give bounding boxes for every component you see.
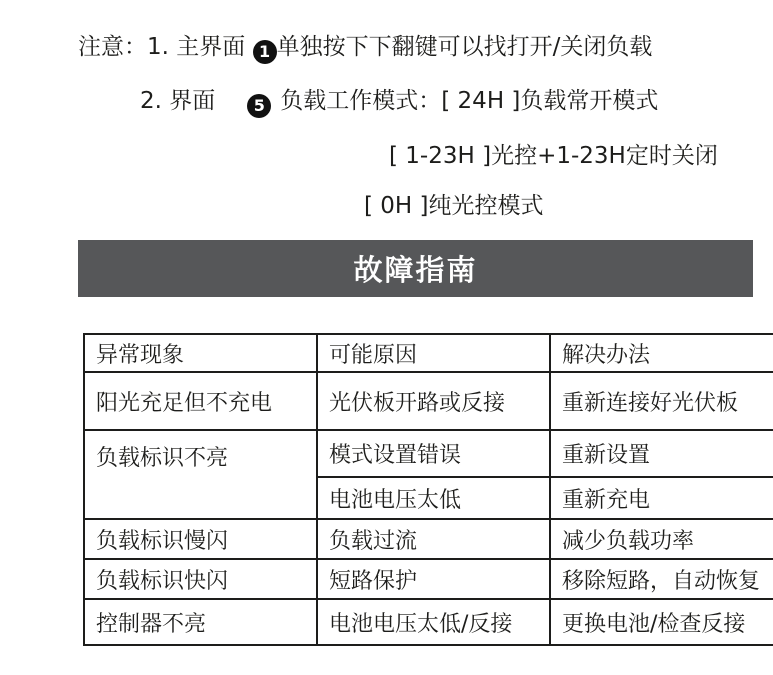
cell-cause: 光伏板开路或反接 — [317, 372, 550, 430]
note-line-1: 注意：1. 主界面 1单独按下下翻键可以找打开/关闭负载 — [78, 33, 652, 64]
table-row: 控制器不亮 电池电压太低/反接 更换电池/检查反接 — [84, 599, 773, 645]
section-banner: 故障指南 — [78, 240, 753, 297]
note-line-2: 2. 界面5负载工作模式：[ 24H ]负载常开模式 — [140, 87, 658, 118]
cell-phenomenon: 负载标识快闪 — [84, 559, 317, 599]
note-line-3: [ 1-23H ]光控+1-23H定时关闭 — [389, 142, 718, 170]
table-row: 阳光充足但不充电 光伏板开路或反接 重新连接好光伏板 — [84, 372, 773, 430]
cell-solution: 重新连接好光伏板 — [550, 372, 773, 430]
cell-phenomenon: 阳光充足但不充电 — [84, 372, 317, 430]
cell-cause: 负载过流 — [317, 519, 550, 559]
section-banner-title: 故障指南 — [353, 248, 477, 289]
table-row: 负载标识快闪 短路保护 移除短路，自动恢复 — [84, 559, 773, 599]
cell-solution: 更换电池/检查反接 — [550, 599, 773, 645]
note-line-1-prefix: 注意：1. 主界面 — [78, 34, 253, 60]
note-line-2-prefix: 2. 界面 — [140, 88, 215, 114]
troubleshooting-table: 异常现象 可能原因 解决办法 阳光充足但不充电 光伏板开路或反接 重新连接好光伏… — [83, 333, 773, 646]
note-line-2-suffix: 负载工作模式：[ 24H ]负载常开模式 — [280, 88, 658, 114]
note-line-1-suffix: 单独按下下翻键可以找打开/关闭负载 — [277, 34, 653, 60]
cell-phenomenon-merged: 负载标识不亮 — [84, 430, 317, 519]
table-row: 负载标识慢闪 负载过流 减少负载功率 — [84, 519, 773, 559]
column-header-phenomenon: 异常现象 — [84, 334, 317, 372]
note-line-4: [ 0H ]纯光控模式 — [364, 192, 544, 220]
cell-cause: 短路保护 — [317, 559, 550, 599]
cell-cause: 电池电压太低/反接 — [317, 599, 550, 645]
circled-1-icon: 1 — [253, 40, 277, 64]
cell-cause: 电池电压太低 — [317, 477, 550, 519]
cell-phenomenon: 控制器不亮 — [84, 599, 317, 645]
manual-page: 注意：1. 主界面 1单独按下下翻键可以找打开/关闭负载 2. 界面5负载工作模… — [0, 0, 773, 675]
cell-solution: 重新设置 — [550, 430, 773, 477]
cell-phenomenon: 负载标识慢闪 — [84, 519, 317, 559]
cell-solution: 移除短路，自动恢复 — [550, 559, 773, 599]
cell-solution: 重新充电 — [550, 477, 773, 519]
column-header-cause: 可能原因 — [317, 334, 550, 372]
cell-solution: 减少负载功率 — [550, 519, 773, 559]
cell-cause: 模式设置错误 — [317, 430, 550, 477]
table-header-row: 异常现象 可能原因 解决办法 — [84, 334, 773, 372]
table-row: 负载标识不亮 模式设置错误 重新设置 — [84, 430, 773, 477]
circled-5-icon: 5 — [247, 94, 271, 118]
column-header-solution: 解决办法 — [550, 334, 773, 372]
